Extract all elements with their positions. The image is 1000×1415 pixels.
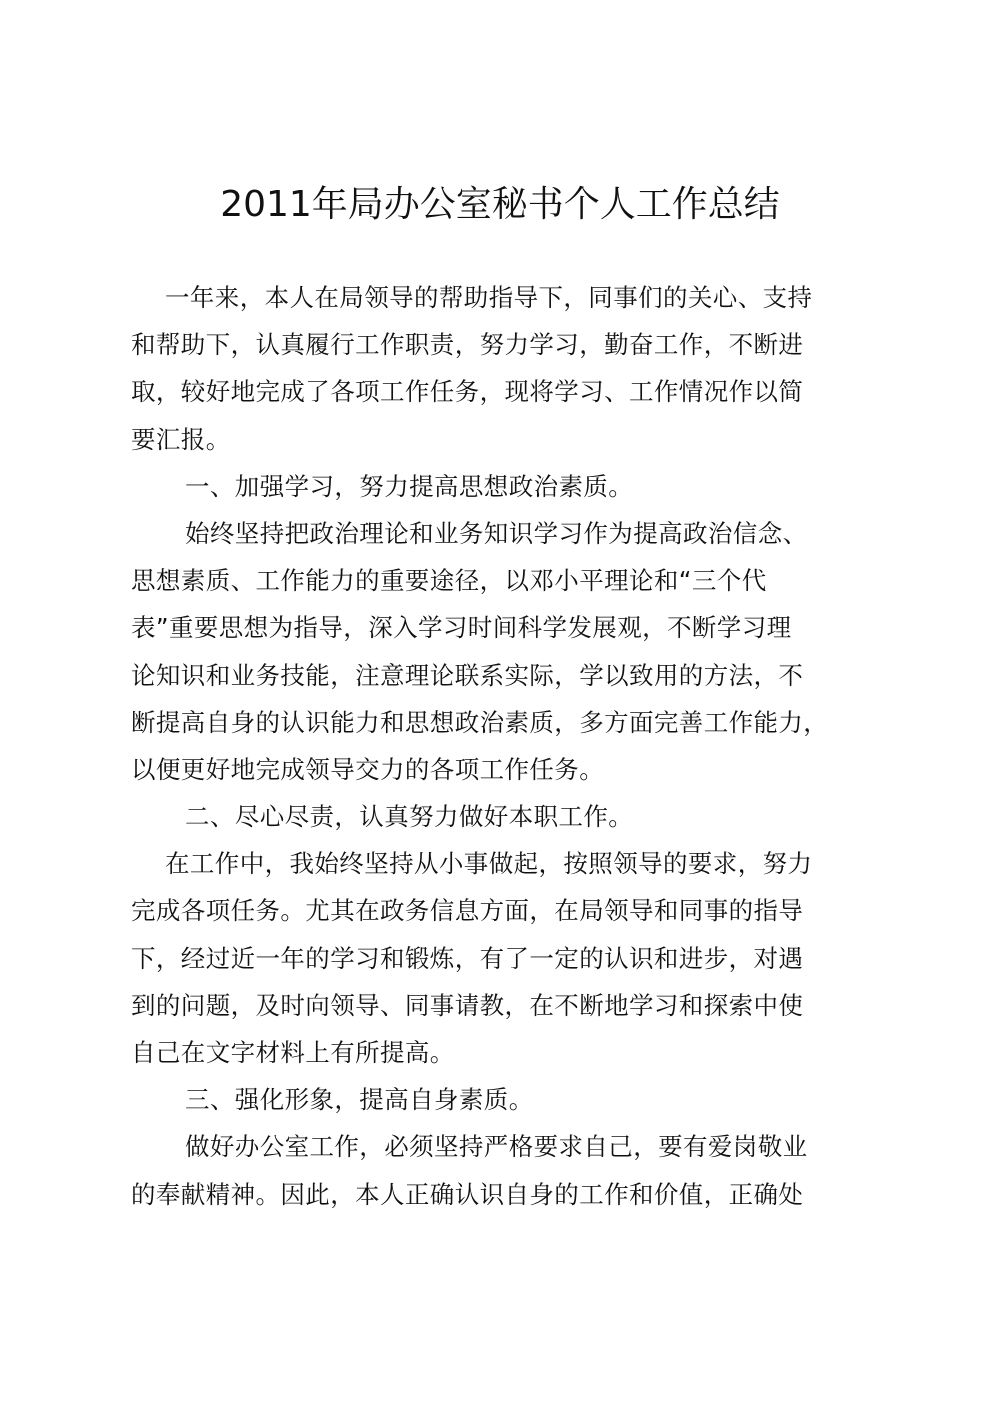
section-3-paragraph-line: 做好办公室工作，必须坚持严格要求自己，要有爱岗敬业 — [131, 1123, 876, 1170]
section-2-paragraph-line: 在工作中，我始终坚持从小事做起，按照领导的要求，努力 — [131, 840, 876, 887]
section-2-paragraph-line: 完成各项任务。尤其在政务信息方面，在局领导和同事的指导 — [131, 887, 876, 934]
intro-paragraph-line: 要汇报。 — [131, 416, 876, 463]
document-body: 一年来，本人在局领导的帮助指导下，同事们的关心、支持 和帮助下，认真履行工作职责… — [131, 274, 876, 1218]
section-3-paragraph-line: 的奉献精神。因此，本人正确认识自身的工作和价值，正确处 — [131, 1171, 876, 1218]
section-1-paragraph-line: 始终坚持把政治理论和业务知识学习作为提高政治信念、 — [131, 510, 876, 557]
section-1-paragraph-line: 断提高自身的认识能力和思想政治素质，多方面完善工作能力， — [131, 699, 876, 746]
section-1-paragraph-line: 论知识和业务技能，注意理论联系实际，学以致用的方法，不 — [131, 652, 876, 699]
section-1-paragraph-line: 以便更好地完成领导交力的各项工作任务。 — [131, 746, 876, 793]
intro-paragraph-line: 和帮助下，认真履行工作职责，努力学习，勤奋工作，不断进 — [131, 321, 876, 368]
intro-paragraph-line: 一年来，本人在局领导的帮助指导下，同事们的关心、支持 — [131, 274, 876, 321]
section-heading-1: 一、加强学习，努力提高思想政治素质。 — [131, 463, 876, 510]
section-1-paragraph-line: 表”重要思想为指导，深入学习时间科学发展观，不断学习理 — [131, 604, 876, 651]
section-2-paragraph-line: 到的问题，及时向领导、同事请教，在不断地学习和探索中使 — [131, 982, 876, 1029]
section-heading-3: 三、强化形象，提高自身素质。 — [131, 1076, 876, 1123]
intro-paragraph-line: 取，较好地完成了各项工作任务，现将学习、工作情况作以简 — [131, 368, 876, 415]
section-2-paragraph-line: 自己在文字材料上有所提高。 — [131, 1029, 876, 1076]
section-1-paragraph-line: 思想素质、工作能力的重要途径，以邓小平理论和“三个代 — [131, 557, 876, 604]
document-page: 2011年局办公室秘书个人工作总结 一年来，本人在局领导的帮助指导下，同事们的关… — [0, 0, 1000, 1415]
document-title: 2011年局办公室秘书个人工作总结 — [0, 180, 1000, 230]
section-2-paragraph-line: 下，经过近一年的学习和锻炼，有了一定的认识和进步，对遇 — [131, 935, 876, 982]
section-heading-2: 二、尽心尽责，认真努力做好本职工作。 — [131, 793, 876, 840]
